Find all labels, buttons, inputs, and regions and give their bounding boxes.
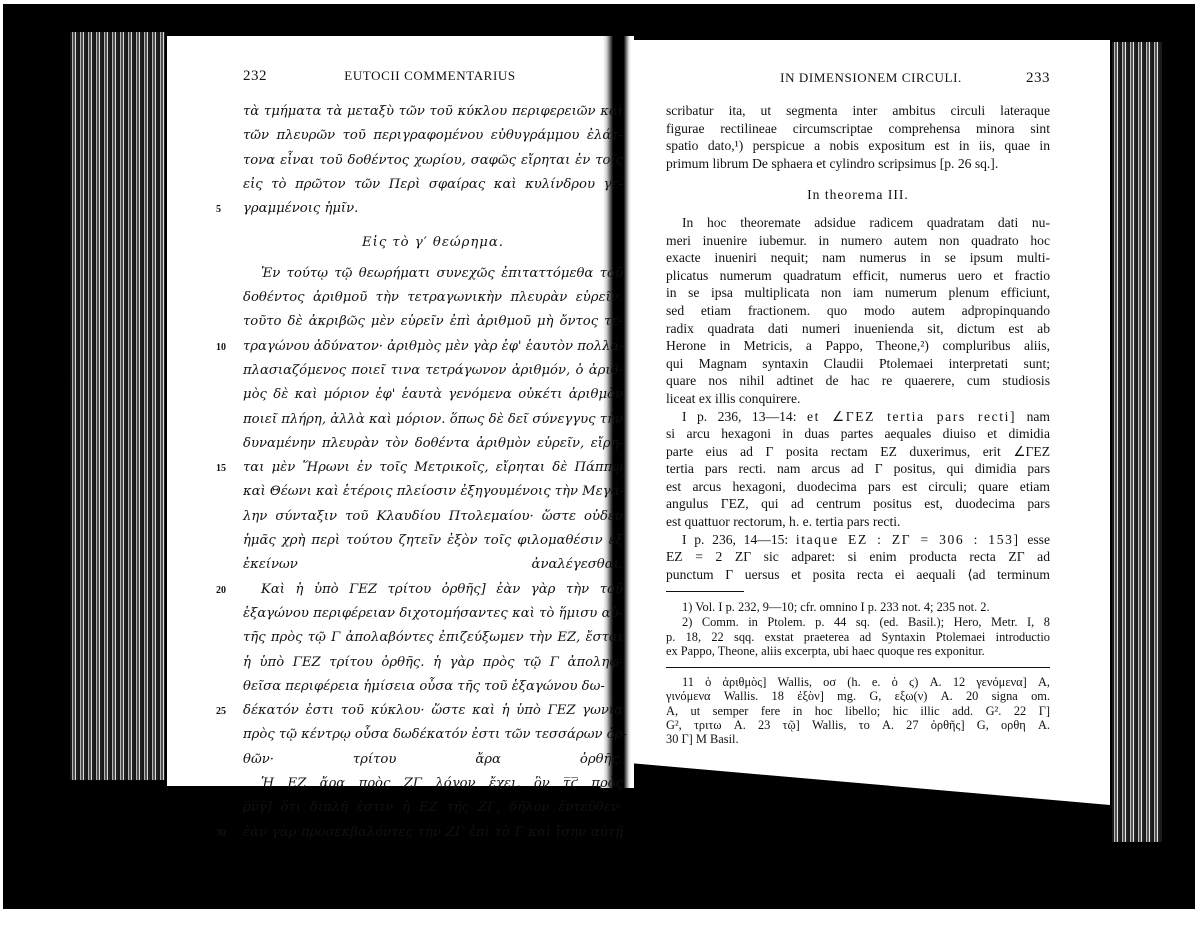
line-text: ἐκείνων ἀναλέγεσθαι.: [243, 557, 623, 572]
para3-lines: ΕΖ = 2 ΖΓ sic adparet: si enim producta …: [666, 548, 1050, 583]
latin-para-3: I p. 236, 14—15: itaque ΕΖ : ΖΓ = 306 : …: [666, 531, 1050, 584]
critical-apparatus: 11 ὁ ἀριθμὸς] Wallis, οσ (h. e. ὁ ϛ) A. …: [666, 675, 1050, 747]
footnote-rule: [666, 591, 744, 592]
left-running-title: EUTOCII COMMENTARIUS: [344, 68, 515, 84]
right-page-content: IN DIMENSIONEM CIRCULI. 233 scribatur it…: [666, 70, 1050, 747]
text-line: Καὶ ἡ ὑπὸ ΓΕΖ τρίτου ὀρθῆς] ἐὰν γὰρ τὴν …: [243, 578, 623, 602]
apparatus-rule: [666, 667, 1050, 668]
para2-reference: I p. 236, 13—14:: [682, 409, 796, 424]
text-line: ἑξαγώνου περιφέρειαν διχοτομήσαντες καὶ …: [243, 602, 623, 626]
para2-lines: si arcu hexagoni in duas partes aequales…: [666, 425, 1050, 531]
text-line: εἰς τὸ πρῶτον τῶν Περὶ σφαίρας καὶ κυλίν…: [243, 173, 623, 197]
text-line: ex Pappo, Theone, aliis excerpta, ubi ha…: [666, 644, 1050, 659]
text-line: ποιεῖ πλήρη, ἀλλὰ καὶ μόριον. ὅπως δὲ δε…: [243, 408, 623, 432]
line-text: εἰς τὸ πρῶτον τῶν Περὶ σφαίρας καὶ κυλίν…: [243, 177, 623, 192]
para3-first-rest: esse: [1027, 532, 1050, 547]
text-line: In hoc theoremate adsidue radicem quadra…: [666, 214, 1050, 232]
line-number: 20: [216, 579, 226, 603]
left-page-content: 232 EUTOCII COMMENTARIUS τὰ τμήματα τὰ μ…: [243, 68, 623, 845]
text-line: parte eius ad Γ posita rectam ΕΖ duxerim…: [666, 443, 1050, 461]
line-text: τῆς πρὸς τῷ Γ ἀπολαβόντες ἐπιζεύξωμεν τὴ…: [243, 630, 623, 645]
text-line: in se ipsa multiplicata non iam numerum …: [666, 284, 1050, 302]
latin-top: scribatur ita, ut segmenta inter ambitus…: [666, 102, 1050, 172]
latin-section-heading: In theorema III.: [666, 186, 1050, 204]
line-text: Καὶ ἡ ὑπὸ ΓΕΖ τρίτου ὀρθῆς] ἐὰν γὰρ τὴν …: [261, 582, 623, 597]
text-line: spatio dato,¹) perspicue a nobis exposit…: [666, 137, 1050, 155]
line-number: 5: [216, 198, 221, 222]
latin-heading-wrap: In theorema III.: [666, 186, 1050, 204]
line-text: πρὸς τῷ κέντρῳ οὖσα δωδέκατόν ἐστι τῶν τ…: [243, 727, 627, 742]
text-line: radix quadrata dati numeri inuenienda si…: [666, 320, 1050, 338]
text-line: θῶν· τρίτου ἄρα ὀρθῆς.: [243, 748, 623, 772]
line-text: δέκατόν ἐστι τοῦ κύκλου· ὥστε καὶ ἡ ὑπὸ …: [243, 703, 623, 718]
line-text: ρ̅ν̅γ̅] ὅτι διπλῆ ἐστιν ἡ ΕΖ τῆς ΖΓ, δῆλ…: [243, 800, 623, 815]
text-line: ἐὰν γὰρ προσεκβαλόντες τὴν ΖΓ ἐπὶ τὸ Γ κ…: [243, 821, 623, 845]
text-line: exacte inueniri nequit; nam numerus in s…: [666, 249, 1050, 267]
text-line: si arcu hexagoni in duas partes aequales…: [666, 425, 1050, 443]
text-line: primum librum De sphaera et cylindro scr…: [666, 155, 1050, 173]
text-line: Herone in Metricis, a Pappo, Theone,²) c…: [666, 337, 1050, 355]
line-text: ποιεῖ πλήρη, ἀλλὰ καὶ μόριον. ὅπως δὲ δε…: [243, 412, 623, 427]
text-line: angulus ΓΕΖ, qui ad centrum positus est,…: [666, 495, 1050, 513]
right-page-number: 233: [1026, 70, 1050, 87]
text-line: δέκατόν ἐστι τοῦ κύκλου· ὥστε καὶ ἡ ὑπὸ …: [243, 699, 623, 723]
para2-first-line: I p. 236, 13—14: et ∠ΓΕΖ tertia pars rec…: [666, 408, 1050, 426]
text-line: ἡ ὑπὸ ΓΕΖ τρίτου ὀρθῆς. ἡ γὰρ πρὸς τῷ Γ …: [243, 651, 623, 675]
text-line: qui Magnam syntaxin Claudii Ptolemaei in…: [666, 355, 1050, 373]
text-line: ρ̅ν̅γ̅] ὅτι διπλῆ ἐστιν ἡ ΕΖ τῆς ΖΓ, δῆλ…: [243, 796, 623, 820]
line-text: γραμμένοις ἡμῖν.: [243, 201, 358, 216]
text-line: quare nos nihil adtinet de hac re quaere…: [666, 372, 1050, 390]
para3-lemma: itaque ΕΖ : ΖΓ = 306 : 153]: [796, 532, 1020, 547]
line-text: λην σύνταξιν τοῦ Κλαυδίου Πτολεμαίου· ὥσ…: [243, 509, 623, 524]
text-line: 30 Γ] M Basil.: [666, 732, 1050, 746]
text-line: τραγώνου ἀδύνατον· ἀριθμὸς μὲν γὰρ ἐφ' ἑ…: [243, 335, 623, 359]
text-line: πρὸς τῷ κέντρῳ οὖσα δωδέκατόν ἐστι τῶν τ…: [243, 723, 623, 747]
text-line: Ἐν τούτῳ τῷ θεωρήματι συνεχῶς ἐπιταττόμε…: [243, 262, 623, 286]
right-running-head: IN DIMENSIONEM CIRCULI. 233: [666, 70, 1050, 88]
para2-lemma: et ∠ΓΕΖ tertia pars recti]: [807, 409, 1016, 424]
text-line: δοθέντος ἀριθμοῦ τὴν τετραγωνικὴν πλευρὰ…: [243, 286, 623, 310]
text-line: 11 ὁ ἀριθμὸς] Wallis, οσ (h. e. ὁ ϛ) A. …: [666, 675, 1050, 689]
line-text: μὸς δὲ καὶ μόριον ἐφ' ἑαυτὰ γενόμενα οὐκ…: [243, 387, 623, 402]
text-line: Ἡ ΕΖ ἄρα πρὸς ΖΓ λόγον ἔχει, ὃν τ̅ϛ̅ πρὸ…: [243, 772, 623, 796]
text-line: γραμμένοις ἡμῖν.5: [243, 197, 623, 221]
text-line: τὰ τμήματα τὰ μεταξὺ τῶν τοῦ κύκλου περι…: [243, 100, 623, 124]
text-line: τῶν πλευρῶν τοῦ περιγραφομένου εὐθυγράμμ…: [243, 124, 623, 148]
text-line: est quattuor rectorum, h. e. tertia pars…: [666, 513, 1050, 531]
text-line: plicatus numerum quadratum efficit, nume…: [666, 267, 1050, 285]
text-line: μὸς δὲ καὶ μόριον ἐφ' ἑαυτὰ γενόμενα οὐκ…: [243, 383, 623, 407]
line-text: τονα εἶναι τοῦ δοθέντος χωρίου, σαφῶς εἴ…: [243, 153, 623, 168]
line-text: τραγώνου ἀδύνατον· ἀριθμὸς μὲν γὰρ ἐφ' ἑ…: [243, 339, 624, 354]
text-line: p. 18, 22 sqq. exstat praeterea ad Synta…: [666, 630, 1050, 645]
right-page-stack-edge: [1112, 42, 1162, 842]
text-line: θεῖσα περιφέρεια ἡμίσεια οὖσα τῆς τοῦ ἑξ…: [243, 675, 623, 699]
left-page-stack-edge: [70, 32, 165, 780]
text-line: G², τριτω A. 23 τῷ] Wallis, το A. 27 ὀρθ…: [666, 718, 1050, 732]
line-text: δυναμένην πλευρὰν τὸν δοθέντα ἀριθμὸν εὑ…: [243, 436, 623, 451]
para3-reference: I p. 236, 14—15:: [682, 532, 788, 547]
text-line: δυναμένην πλευρὰν τὸν δοθέντα ἀριθμὸν εὑ…: [243, 432, 623, 456]
line-text: ἡ ὑπὸ ΓΕΖ τρίτου ὀρθῆς. ἡ γὰρ πρὸς τῷ Γ …: [243, 655, 623, 670]
greek-text: τὰ τμήματα τὰ μεταξὺ τῶν τοῦ κύκλου περι…: [243, 100, 623, 221]
line-text: ἐὰν γὰρ προσεκβαλόντες τὴν ΖΓ ἐπὶ τὸ Γ κ…: [243, 825, 623, 840]
text-line: καὶ Θέωνι καὶ ἑτέροις πλείοσιν ἐξηγουμέν…: [243, 480, 623, 504]
line-text: πλασιαζόμενος ποιεῖ τινα τετράγωνον ἀριθ…: [243, 363, 623, 378]
para2-first-rest: nam: [1027, 409, 1050, 424]
text-line: sed etiam fractionem. quo modo autem adp…: [666, 302, 1050, 320]
line-text: τῶν πλευρῶν τοῦ περιγραφομένου εὐθυγράμμ…: [243, 128, 623, 143]
line-text: ται μὲν Ἥρωνι ἐν τοῖς Μετρικοῖς, εἴρηται…: [243, 460, 623, 475]
line-text: Ἡ ΕΖ ἄρα πρὸς ΖΓ λόγον ἔχει, ὃν τ̅ϛ̅ πρὸ…: [261, 776, 623, 791]
right-running-title: IN DIMENSIONEM CIRCULI.: [780, 70, 962, 86]
line-number: 15: [216, 457, 226, 481]
text-line: 1) Vol. I p. 232, 9—10; cfr. omnino I p.…: [666, 600, 1050, 615]
text-line: ἐκείνων ἀναλέγεσθαι.: [243, 553, 623, 577]
greek-body: Ἐν τούτῳ τῷ θεωρήματι συνεχῶς ἐπιταττόμε…: [243, 262, 623, 845]
latin-para-1: In hoc theoremate adsidue radicem quadra…: [666, 214, 1050, 408]
line-number: 25: [216, 700, 226, 724]
text-line: γινόμενα Wallis. 18 ἐξὸν] mg. G, εξω(ν) …: [666, 689, 1050, 703]
footnotes: 1) Vol. I p. 232, 9—10; cfr. omnino I p.…: [666, 600, 1050, 658]
greek-heading-wrap: Εἰς τὸ γ′ θεώρημα.: [243, 231, 623, 255]
left-page-number: 232: [243, 68, 267, 85]
left-running-head: 232 EUTOCII COMMENTARIUS: [243, 68, 623, 86]
text-line: tertia pars recti. nam arcus ad Γ positu…: [666, 460, 1050, 478]
line-number: 10: [216, 336, 226, 360]
line-text: θεῖσα περιφέρεια ἡμίσεια οὖσα τῆς τοῦ ἑξ…: [243, 679, 605, 694]
line-text: τοῦτο δὲ ἀκριβῶς μὲν εὑρεῖν ἐπὶ ἀριθμοῦ …: [243, 314, 623, 329]
text-line: πλασιαζόμενος ποιεῖ τινα τετράγωνον ἀριθ…: [243, 359, 623, 383]
line-text: ἑξαγώνου περιφέρειαν διχοτομήσαντες καὶ …: [243, 606, 623, 621]
text-line: punctum Γ uersus et posita recta ei aequ…: [666, 566, 1050, 584]
latin-para-2: I p. 236, 13—14: et ∠ΓΕΖ tertia pars rec…: [666, 408, 1050, 531]
line-text: δοθέντος ἀριθμοῦ τὴν τετραγωνικὴν πλευρὰ…: [243, 290, 623, 305]
text-line: A, ut semper fere in hoc libello; hic il…: [666, 704, 1050, 718]
text-line: ται μὲν Ἥρωνι ἐν τοῖς Μετρικοῖς, εἴρηται…: [243, 456, 623, 480]
text-line: ἡμᾶς χρὴ περὶ τούτου ζητεῖν ἐξὸν τοῖς φι…: [243, 529, 623, 553]
line-text: θῶν· τρίτου ἄρα ὀρθῆς.: [243, 752, 623, 767]
line-text: Ἐν τούτῳ τῷ θεωρήματι συνεχῶς ἐπιταττόμε…: [261, 266, 623, 281]
text-line: λην σύνταξιν τοῦ Κλαυδίου Πτολεμαίου· ὥσ…: [243, 505, 623, 529]
text-line: τονα εἶναι τοῦ δοθέντος χωρίου, σαφῶς εἴ…: [243, 149, 623, 173]
text-line: scribatur ita, ut segmenta inter ambitus…: [666, 102, 1050, 120]
text-line: τῆς πρὸς τῷ Γ ἀπολαβόντες ἐπιζεύξωμεν τὴ…: [243, 626, 623, 650]
para3-first-line: I p. 236, 14—15: itaque ΕΖ : ΖΓ = 306 : …: [666, 531, 1050, 549]
text-line: figurae rectilineae circumscriptae compr…: [666, 120, 1050, 138]
text-line: 2) Comm. in Ptolem. p. 44 sq. (ed. Basil…: [666, 615, 1050, 630]
line-number: 30: [216, 822, 226, 846]
line-text: ἡμᾶς χρὴ περὶ τούτου ζητεῖν ἐξὸν τοῖς φι…: [243, 533, 623, 548]
text-line: meri inuenire iubemur. in numero autem n…: [666, 232, 1050, 250]
greek-section-heading: Εἰς τὸ γ′ θεώρημα.: [243, 231, 623, 255]
text-line: liceat ex illis conquirere.: [666, 390, 1050, 408]
text-line: τοῦτο δὲ ἀκριβῶς μὲν εὑρεῖν ἐπὶ ἀριθμοῦ …: [243, 310, 623, 334]
line-text: καὶ Θέωνι καὶ ἑτέροις πλείοσιν ἐξηγουμέν…: [243, 484, 624, 499]
text-line: est arcus hexagoni, duodecima pars est c…: [666, 478, 1050, 496]
line-text: τὰ τμήματα τὰ μεταξὺ τῶν τοῦ κύκλου περι…: [243, 104, 623, 119]
text-line: ΕΖ = 2 ΖΓ sic adparet: si enim producta …: [666, 548, 1050, 566]
